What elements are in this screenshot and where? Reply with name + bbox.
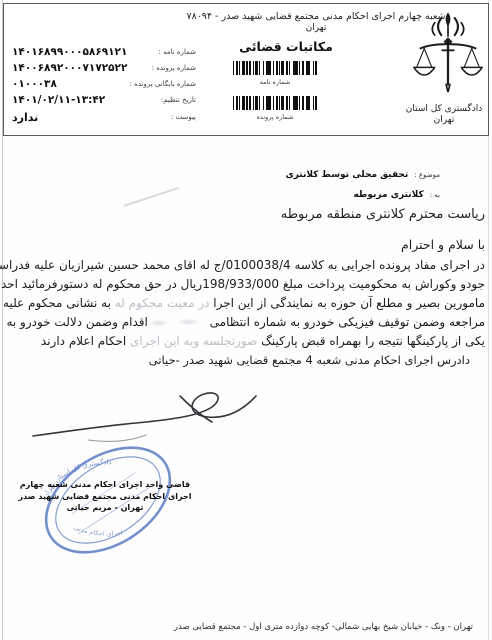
org-name-line1: دادگستری کل استان [396, 104, 492, 115]
stamp-text-block: قاضی واحد اجرای احکام مدنی شعبه چهارم اج… [8, 479, 202, 514]
body-line-1: در اجرای مفاد پرونده اجرایی به کلاسه 010… [0, 258, 485, 272]
greeting-line: با سلام و احترام [401, 237, 485, 252]
emblem-center-stroke [446, 13, 450, 25]
body-text: جودو وکوراش به محکومیت پرداخت مبلغ 198/9… [0, 277, 485, 291]
issuer-title-line: دادرس اجرای احکام مدنی شعبه 4 مجتمع قضای… [149, 353, 470, 367]
body-line-3: مامورین بصیر و مطلع آن حوزه به نمایندگی … [3, 296, 485, 310]
body-text-faint: در معیت محکوم له [115, 296, 210, 310]
branch-title-dash: - [212, 11, 218, 22]
field-label: شماره بایگانی پرونده : [130, 80, 196, 88]
salutation-line: ریاست محترم کلانتری منطقه مربوطه [281, 207, 485, 222]
faint-pen-mark [123, 187, 179, 207]
letterhead-box: شعبه چهارم اجرای احکام مدنی مجتمع قضایی … [3, 3, 489, 136]
field-value-archive-number: ۰۱۰۰۰۳۸ [12, 78, 57, 90]
field-value-case-number: ۱۴۰۰۶۸۹۲۰۰۰۷۱۷۲۵۲۲ [12, 62, 127, 74]
body-line-5: یکی از پارکینگها نتیجه را بهمراه قبض پار… [41, 334, 485, 348]
field-label: تاریخ تنظیم: [161, 96, 196, 104]
field-value-letter-number: ۱۴۰۱۶۸۹۹۰۰۰۵۸۶۹۱۲۱ [12, 46, 127, 58]
field-row-date: تاریخ تنظیم: ۱۴۰۱/۰۲/۱۱-۱۳:۴۲ [12, 93, 196, 107]
barcode-caption-letter-number: شماره نامه [233, 78, 317, 86]
field-row-case-number: شماره پرونده : ۱۴۰۰۶۸۹۲۰۰۰۷۱۷۲۵۲۲ [12, 61, 196, 75]
body-text: مامورین بصیر و مطلع آن حوزه به نمایندگی … [209, 296, 485, 310]
body-text: در اجرای مفاد پرونده اجرایی به کلاسه 010… [0, 258, 485, 272]
stamp-rim-text-bottom: اجرای احکام مدنی [73, 523, 123, 538]
barcode-case-number [233, 96, 317, 110]
judiciary-scales-emblem [410, 10, 486, 102]
print-code: ۷۸۰۹۴ [187, 11, 213, 22]
org-name: دادگستری کل استان تهران [396, 104, 492, 126]
field-row-letter-number: شماره نامه : ۱۴۰۱۶۸۹۹۰۰۰۵۸۶۹۱۲۱ [12, 45, 196, 59]
field-label: پیوست : [171, 113, 196, 121]
footer-address: تهران - ونک - خیابان شیخ بهایی شمالی- کو… [174, 622, 473, 632]
subject-value: تحقیق محلی توسط کلانتری [285, 170, 408, 180]
subject-row: موضوع : تحقیق محلی توسط کلانتری [285, 170, 440, 180]
org-name-line2: تهران [396, 115, 492, 126]
body-text: یکی از پارکینگها نتیجه را بهمراه قبض پار… [257, 334, 485, 348]
stamp-line-1: قاضی واحد اجرای احکام مدنی شعبه چهارم [8, 479, 202, 491]
stamp-line-3: تهران - مریم حیاتی [8, 502, 202, 514]
to-row: به : کلانتری مربوطه [353, 190, 440, 200]
field-row-archive-number: شماره بایگانی پرونده : ۰۱۰۰۰۳۸ [12, 77, 196, 91]
field-label: شماره نامه : [159, 48, 197, 56]
field-row-attachment: پیوست : ندارد [12, 110, 196, 124]
to-label: به : [430, 191, 440, 199]
body-line-4: مراجعه وضمن توقیف فیزیکی خودرو به شماره … [6, 315, 485, 329]
barcode-caption-case-number: شماره پرونده [233, 113, 317, 121]
body-text: احکام اعلام دارند [41, 334, 130, 348]
body-line-2: جودو وکوراش به محکومیت پرداخت مبلغ 198/9… [0, 277, 485, 291]
barcode-letter-number [233, 61, 317, 75]
body-text: مراجعه وضمن توقیف فیزیکی خودرو به شماره … [206, 315, 485, 329]
letterhead-title: مکاتبات قضائی [192, 39, 380, 54]
field-label: شماره پرونده : [152, 64, 196, 72]
handwritten-signature [28, 384, 263, 446]
body-text: به نشانی محکوم علیه [3, 296, 115, 310]
field-value-date: ۱۴۰۱/۰۲/۱۱-۱۳:۴۲ [12, 94, 105, 106]
to-value: کلانتری مربوطه [353, 190, 423, 200]
body-text: اقدام وضمن دلالت خودرو به [6, 315, 147, 329]
body-text-faint: صورتجلسه وبه این اجرای [130, 334, 257, 348]
subject-label: موضوع : [414, 171, 440, 179]
redacted-plate-number [148, 317, 206, 328]
stamp-line-2: اجرای احکام مدنی مجتمع قضایی شهید صدر [8, 491, 202, 503]
field-value-attachment: ندارد [12, 111, 38, 124]
scanned-judicial-letter: شعبه چهارم اجرای احکام مدنی مجتمع قضایی … [0, 0, 492, 640]
